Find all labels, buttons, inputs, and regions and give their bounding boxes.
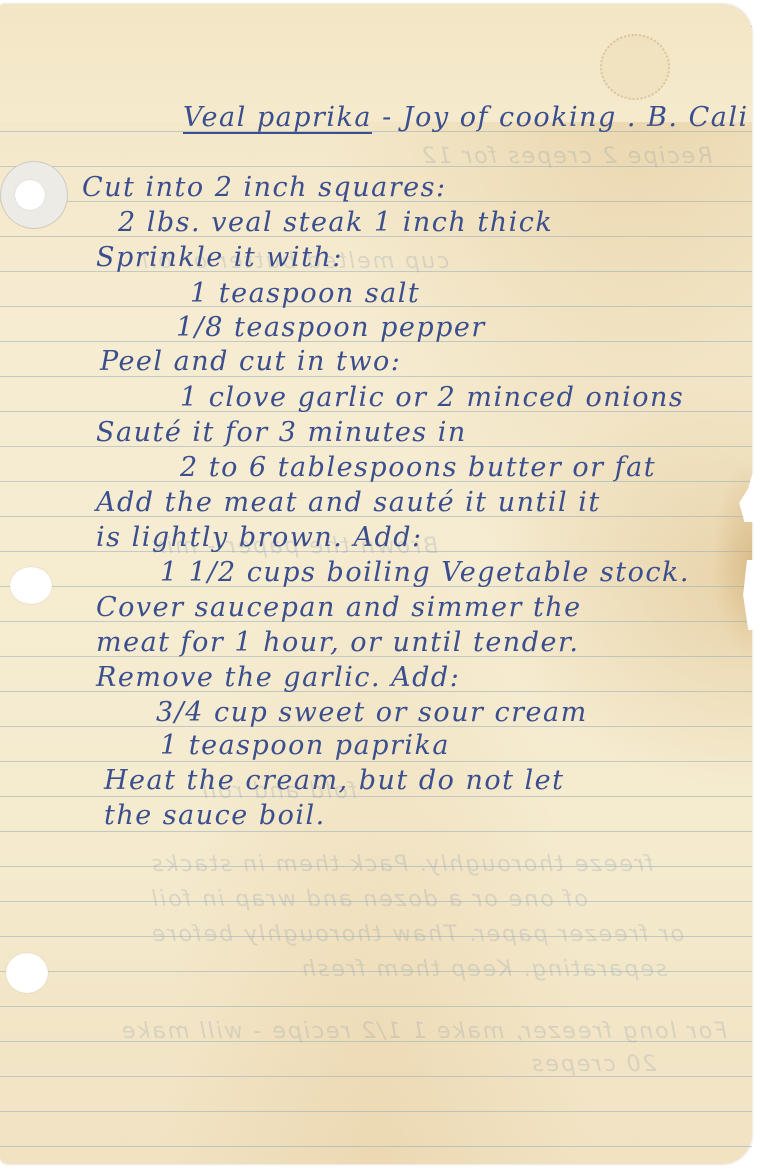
instruction-line: Heat the cream, but do not let [104, 767, 565, 794]
ingredient-line: 1 teaspoon paprika [160, 732, 450, 759]
punch-hole [15, 180, 45, 210]
instruction-line: Cut into 2 inch squares: [82, 174, 447, 201]
instruction-line: Sprinkle it with: [96, 244, 343, 271]
instruction-line: Add the meat and sauté it until it [96, 489, 601, 516]
ingredient-line: 1 1/2 cups boiling Vegetable stock. [160, 559, 690, 586]
show-through-text: freeze thoroughly. Pack them in stacks [150, 852, 654, 877]
show-through-text: of one or a dozen and wrap in foil [150, 887, 588, 912]
show-through-text: 20 crepes [530, 1052, 657, 1077]
torn-edge-stain [712, 460, 752, 660]
punch-hole [6, 953, 48, 993]
ingredient-line: 3/4 cup sweet or sour cream [156, 699, 588, 726]
instruction-line: meat for 1 hour, or until tender. [96, 629, 579, 656]
instruction-line: Remove the garlic. Add: [96, 664, 460, 691]
recipe-source: - Joy of cooking . B. Cali [382, 102, 749, 133]
recipe-card: Recipe 2 crepes for 12 cup melted butter… [0, 4, 752, 1164]
instruction-line: Peel and cut in two: [100, 348, 401, 375]
recipe-name: Veal paprika [183, 102, 372, 133]
show-through-text: or freezer paper. Thaw thoroughly before [150, 922, 684, 947]
water-stain [600, 34, 670, 100]
ingredient-line: 2 lbs. veal steak 1 inch thick [118, 209, 553, 236]
ingredient-line: 1 clove garlic or 2 minced onions [180, 384, 684, 411]
punch-hole [10, 567, 52, 604]
ingredient-line: 2 to 6 tablespoons butter or fat [180, 454, 656, 481]
instruction-line: Sauté it for 3 minutes in [96, 419, 467, 446]
show-through-text: separating. Keep them fresh [300, 957, 668, 982]
ingredient-line: 1 teaspoon salt [190, 280, 420, 307]
instruction-line: the sauce boil. [104, 802, 326, 829]
show-through-text: Recipe 2 crepes for 12 [420, 144, 712, 169]
show-through-text: For long freezer, make 1 1/2 recipe - wi… [120, 1019, 727, 1044]
instruction-line: is lightly brown. Add: [96, 524, 423, 551]
ingredient-line: 1/8 teaspoon pepper [176, 314, 486, 341]
instruction-line: Cover saucepan and simmer the [96, 594, 582, 621]
recipe-title: Veal paprika - Joy of cooking . B. Cali [183, 104, 749, 131]
